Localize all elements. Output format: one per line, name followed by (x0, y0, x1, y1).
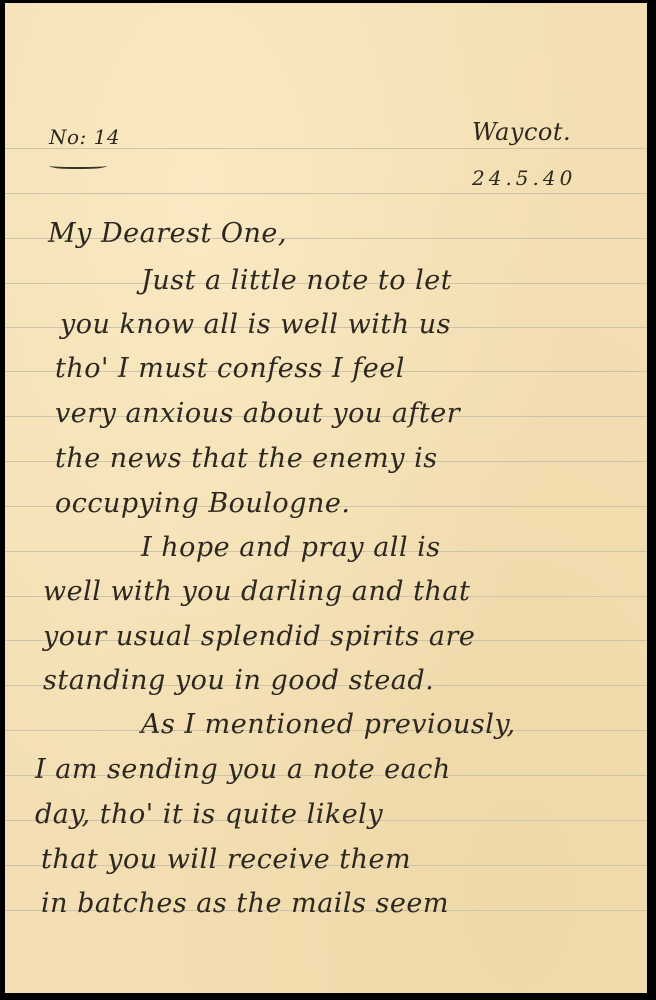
body-line: tho' I must confess I feel (55, 353, 405, 384)
body-line: well with you darling and that (43, 576, 470, 607)
letter-place: Waycot. (472, 118, 571, 146)
body-line: your usual splendid spirits are (43, 621, 475, 652)
body-line: in batches as the mails seem (41, 888, 449, 919)
body-line: you know all is well with us (60, 309, 451, 340)
body-line: the news that the enemy is (55, 443, 438, 474)
body-line: day, tho' it is quite likely (35, 799, 383, 830)
body-line: As I mentioned previously, (141, 709, 516, 740)
body-line: Just a little note to let (141, 265, 452, 296)
body-line: very anxious about you after (55, 398, 460, 429)
letter-number: No: 14 (49, 125, 120, 149)
body-line: standing you in good stead. (43, 665, 434, 696)
salutation: My Dearest One, (48, 218, 287, 249)
ruled-line (5, 193, 647, 194)
letter-date: 24.5.40 (472, 166, 576, 190)
body-line: occupying Boulogne. (55, 488, 350, 519)
body-line: I am sending you a note each (35, 754, 451, 785)
body-line: that you will receive them (41, 844, 411, 875)
body-line: I hope and pray all is (141, 532, 441, 563)
letter-number-underline (49, 161, 107, 169)
letter-page: No: 14 Waycot. 24.5.40 My Dearest One, J… (5, 3, 647, 993)
